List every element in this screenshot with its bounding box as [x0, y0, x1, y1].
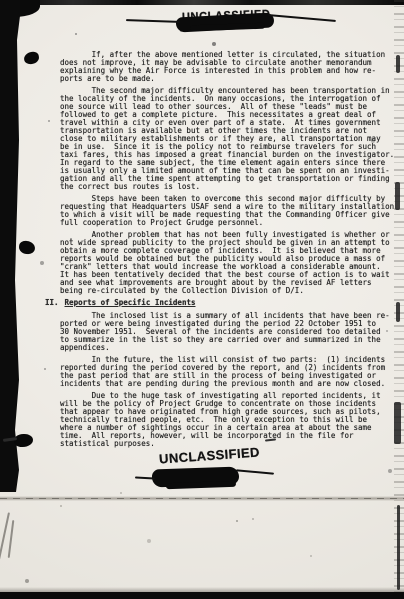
scratch-mark: [8, 520, 15, 558]
paragraph: Due to the huge task of investigating al…: [60, 392, 400, 448]
scan-mark: [397, 505, 400, 590]
ink-blob: [23, 51, 40, 65]
paragraph: If, after the above mentioned letter is …: [60, 51, 400, 83]
scanned-document-page: UNCLASSIFIED If, after the above mention…: [0, 0, 404, 599]
strike-line-left: [126, 19, 180, 22]
paragraph: The second major difficulty encountered …: [60, 87, 400, 191]
paragraph: In the future, the list will consist of …: [60, 356, 400, 388]
scan-noise-specks: [0, 0, 2, 2]
scan-edge-bottom: [0, 592, 404, 599]
ink-blob: [14, 434, 33, 447]
scan-edge-left: [0, 0, 20, 492]
section-title: Reports of Specific Incidents: [65, 298, 196, 307]
ink-blob: [18, 240, 35, 255]
section-heading: II.Reports of Specific Incidents: [45, 299, 400, 307]
paragraph: The inclosed list is a summary of all in…: [60, 312, 400, 352]
paper-crease-line: [0, 498, 404, 499]
redaction-tail-right: [236, 469, 274, 474]
redaction-mark-bottom-smear: [166, 481, 236, 489]
redaction-tail-left: [135, 476, 155, 479]
redaction-mark-top-smear: [190, 23, 265, 32]
paragraph: Steps have been taken to overcome this s…: [60, 195, 400, 227]
document-body: If, after the above mentioned letter is …: [60, 51, 400, 452]
scan-edge-top: [0, 0, 404, 5]
paragraph: Another problem that has not been fully …: [60, 231, 400, 295]
strike-line-right: [268, 14, 336, 21]
section-numeral: II.: [45, 298, 59, 307]
